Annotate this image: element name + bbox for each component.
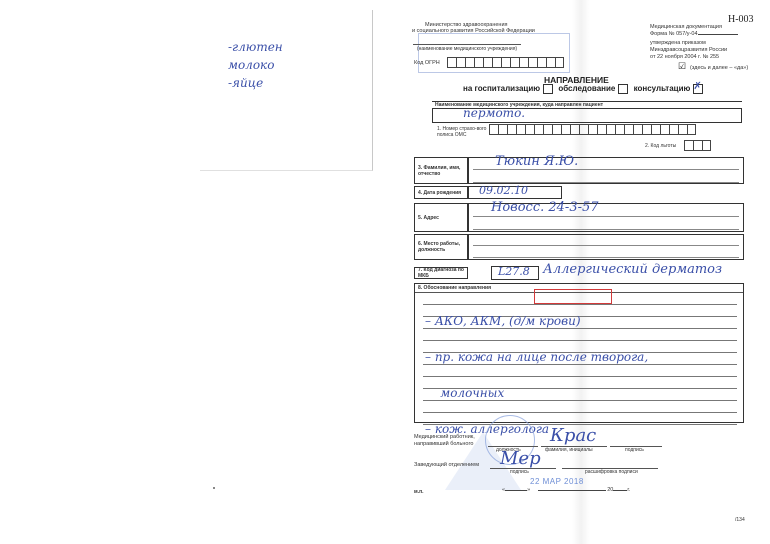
- icd-text: Аллергический дерматоз: [543, 262, 722, 277]
- address-label: 5. Адрес: [414, 203, 468, 232]
- reason-field[interactable]: 8. Обоснование направления – АКО, АКМ, (…: [414, 283, 744, 423]
- benefit-code-boxes[interactable]: [684, 140, 711, 151]
- option-examination-label: обследование: [558, 84, 615, 93]
- doctor-sub-name: фамилия, инициалы: [545, 447, 593, 453]
- digit-box[interactable]: [579, 124, 588, 135]
- digit-box[interactable]: [543, 124, 552, 135]
- digit-box[interactable]: [525, 124, 534, 135]
- doctor-label: Медицинский работник, направивший больно…: [414, 434, 494, 448]
- digit-box[interactable]: [456, 57, 465, 68]
- digit-box[interactable]: [447, 57, 456, 68]
- destination-value: пермото.: [463, 106, 525, 120]
- check-sample-icon: ☑: [678, 61, 686, 72]
- policy-label: 1. Номер страхо-вого полиса ОМС: [437, 126, 489, 138]
- digit-box[interactable]: [552, 124, 561, 135]
- digit-box[interactable]: [501, 57, 510, 68]
- digit-box[interactable]: [534, 124, 543, 135]
- digit-box[interactable]: [588, 124, 597, 135]
- dob-field[interactable]: 09.02.10: [468, 186, 562, 199]
- referral-type-options: на госпитализацию обследование консульта…: [463, 84, 706, 94]
- work-label: 6. Место работы, должность: [414, 234, 468, 260]
- ogrn-label: Код ОГРН: [414, 60, 440, 67]
- name-label: 3. Фамилия, имя, отчество: [414, 157, 468, 184]
- digit-box[interactable]: [684, 140, 693, 151]
- digit-box[interactable]: [516, 124, 525, 135]
- address-field[interactable]: Новосс. 24-3-57: [468, 203, 744, 232]
- address-rule-2: [473, 229, 739, 230]
- checkmark-icon: ✗: [693, 81, 701, 92]
- digit-box[interactable]: [678, 124, 687, 135]
- digit-box[interactable]: [528, 57, 537, 68]
- date-stamp: 22 MAP 2018: [530, 477, 584, 486]
- highlight-annotation: [534, 289, 612, 304]
- digit-box[interactable]: [669, 124, 678, 135]
- digit-box[interactable]: [537, 57, 546, 68]
- work-rule-2: [473, 257, 739, 258]
- digit-box[interactable]: [615, 124, 624, 135]
- name-rule-1: [473, 169, 739, 170]
- work-field[interactable]: [468, 234, 744, 260]
- digit-box[interactable]: [651, 124, 660, 135]
- note-line-2: молоко: [228, 58, 274, 72]
- digit-box[interactable]: [633, 124, 642, 135]
- option-hospitalization-label: на госпитализацию: [463, 84, 540, 93]
- digit-box[interactable]: [570, 124, 579, 135]
- handwritten-note: -глютен молоко -яйце: [200, 10, 373, 171]
- option-hospitalization-checkbox[interactable]: [543, 84, 553, 94]
- address-value: Новосс. 24-3-57: [491, 200, 599, 215]
- option-consultation-label: консультацию: [634, 84, 691, 93]
- digit-box[interactable]: [465, 57, 474, 68]
- benefit-label: 2. Код льготы: [645, 143, 676, 149]
- check-note: (здесь и далее – «да»): [690, 65, 748, 72]
- reason-line-2: – пр. кожа на лице после творога,: [425, 351, 648, 363]
- note-line-3: -яйце: [228, 76, 263, 90]
- address-rule-1: [473, 216, 739, 217]
- digit-box[interactable]: [489, 124, 498, 135]
- head-sub-decode: расшифровка подписи: [585, 469, 638, 475]
- head-signature: Мер: [500, 448, 541, 469]
- destination-field[interactable]: пермото.: [432, 108, 742, 123]
- option-consultation-checkbox[interactable]: ✗: [693, 84, 703, 94]
- digit-box[interactable]: [624, 124, 633, 135]
- digit-box[interactable]: [642, 124, 651, 135]
- digit-box[interactable]: [693, 140, 702, 151]
- year-suffix: г.: [627, 487, 630, 493]
- digit-box[interactable]: [606, 124, 615, 135]
- header-right-line4: Минздравсоцразвития России: [650, 47, 727, 54]
- icd-code-field[interactable]: L27.8: [491, 266, 539, 280]
- ogrn-boxes: [447, 57, 564, 68]
- work-rule-1: [473, 245, 739, 246]
- note-line-1: -глютен: [228, 40, 283, 54]
- header-right-line2: Форма № 057/у-04: [650, 31, 738, 38]
- header-right-line5: от 22 ноября 2004 г. № 255: [650, 54, 719, 61]
- reason-line-3: молочных: [425, 387, 648, 399]
- date-line: «» 20г.: [502, 487, 630, 494]
- institution-caption: (наименование медицинского учреждения): [417, 46, 517, 52]
- digit-box[interactable]: [498, 124, 507, 135]
- form-code: Н-003: [728, 14, 754, 25]
- digit-box[interactable]: [483, 57, 492, 68]
- mp-label: м.п.: [414, 489, 424, 495]
- digit-box[interactable]: [660, 124, 669, 135]
- digit-box[interactable]: [702, 140, 711, 151]
- digit-box[interactable]: [510, 57, 519, 68]
- option-examination-checkbox[interactable]: [618, 84, 628, 94]
- dob-label: 4. Дата рождения: [414, 186, 468, 199]
- name-value: Тюкин Я.Ю.: [495, 154, 578, 169]
- date-close-quote: »: [527, 487, 530, 493]
- doctor-sub-sign: подпись: [625, 447, 644, 453]
- name-rule-2: [473, 182, 739, 183]
- icd-label: 7. Код диагноза по МКБ: [414, 267, 468, 279]
- reason-line-1: – АКО, АКМ, (д/м крови): [425, 315, 648, 327]
- institution-line: [413, 44, 521, 45]
- doctor-signature: Крас: [550, 425, 596, 446]
- digit-box[interactable]: [507, 124, 516, 135]
- header-right-line1: Медицинская документация: [650, 24, 722, 31]
- policy-number-boxes[interactable]: [489, 124, 696, 135]
- digit-box[interactable]: [546, 57, 555, 68]
- head-sub-sign: подпись: [510, 469, 529, 475]
- digit-box[interactable]: [561, 124, 570, 135]
- digit-box[interactable]: [555, 57, 564, 68]
- page-number: /134: [735, 517, 745, 523]
- scan-speck: [213, 487, 215, 489]
- header-right-line3: утверждена приказом: [650, 40, 706, 47]
- name-field[interactable]: Тюкин Я.Ю.: [468, 157, 744, 184]
- digit-box[interactable]: [474, 57, 483, 68]
- dob-value: 09.02.10: [479, 184, 528, 197]
- head-label: Заведующий отделением: [414, 462, 479, 469]
- digit-box[interactable]: [519, 57, 528, 68]
- digit-box[interactable]: [687, 124, 696, 135]
- digit-box[interactable]: [597, 124, 606, 135]
- icd-code-value: L27.8: [498, 265, 530, 278]
- digit-box[interactable]: [492, 57, 501, 68]
